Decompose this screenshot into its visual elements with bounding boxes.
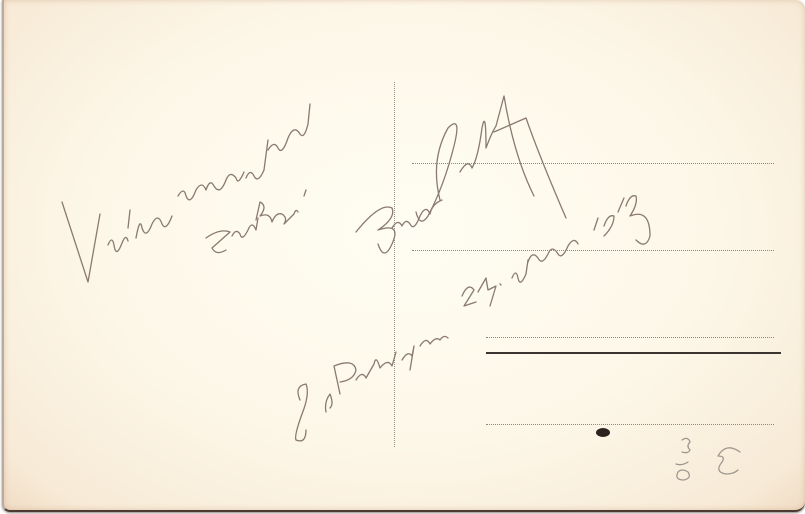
handwriting-date bbox=[462, 196, 650, 306]
handwriting-place bbox=[296, 336, 448, 440]
handwriting-strokes bbox=[0, 0, 805, 514]
pencil-inventory-note bbox=[676, 438, 740, 480]
handwriting-signature bbox=[356, 96, 566, 253]
handwriting-message-line1 bbox=[62, 104, 310, 282]
handwriting-message-line2 bbox=[206, 190, 306, 253]
